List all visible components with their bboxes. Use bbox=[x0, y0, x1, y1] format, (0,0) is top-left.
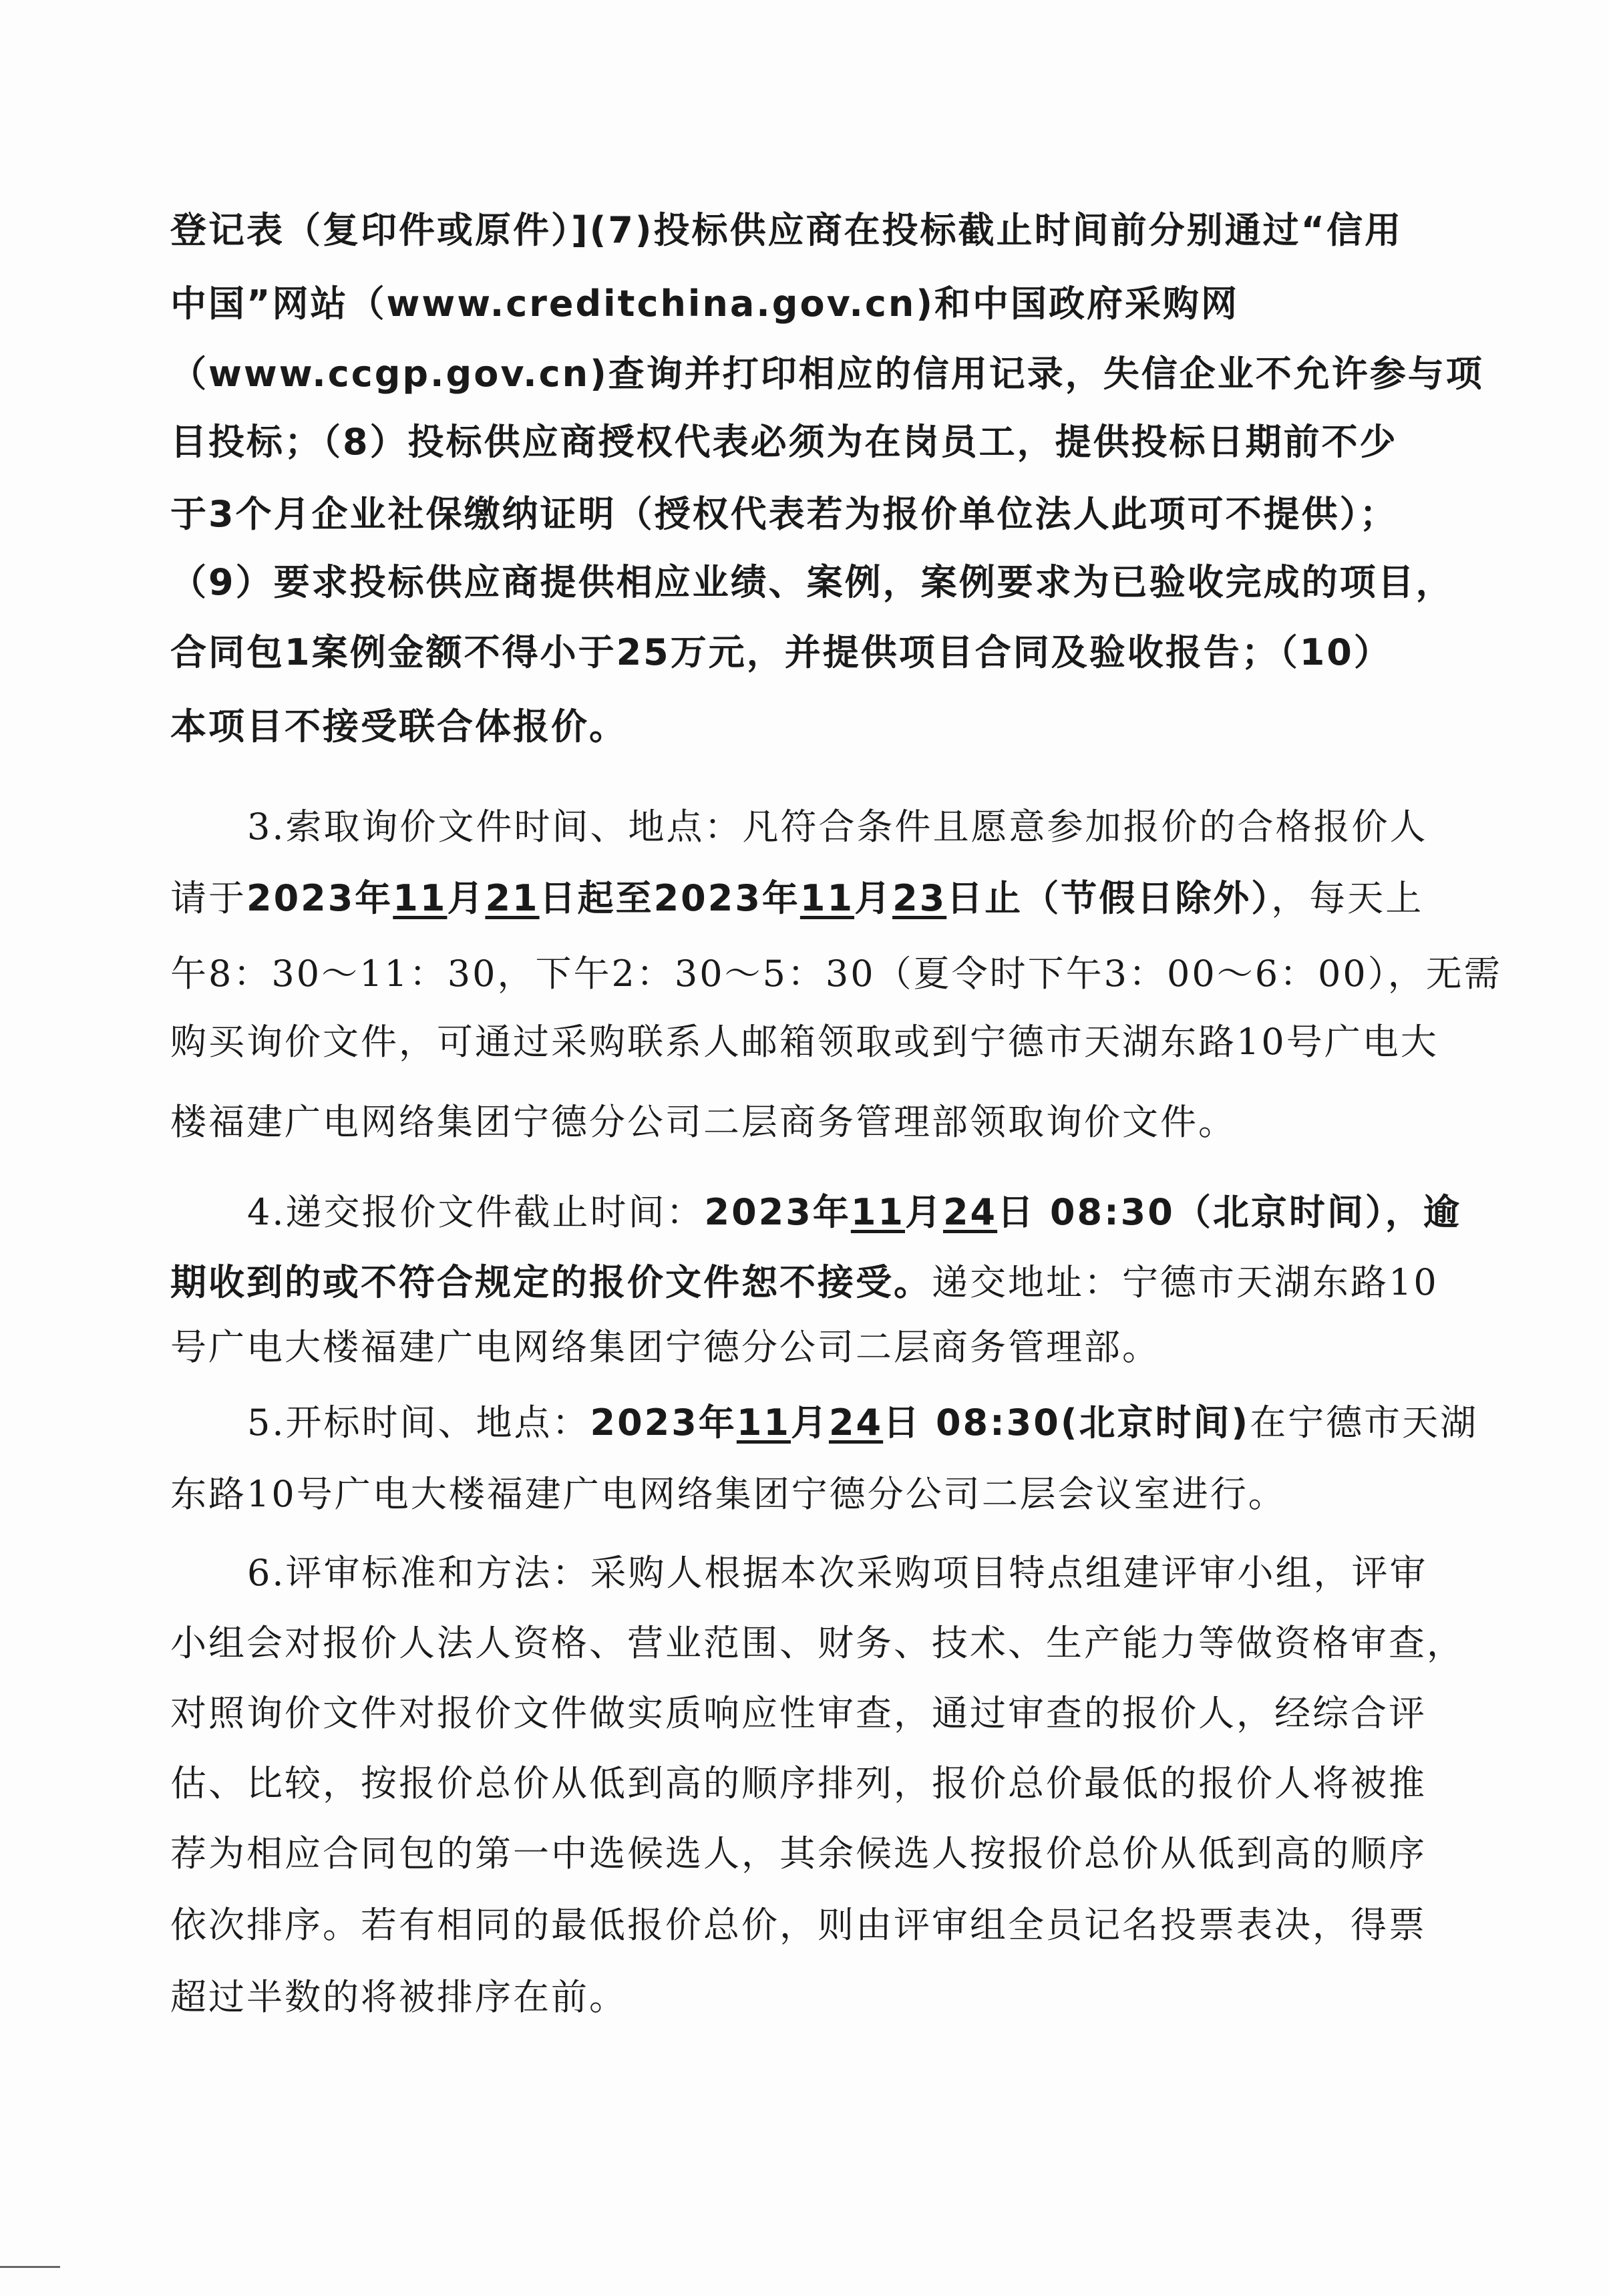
text-segment: （www.ccgp.gov.cn)查询并打印相应的信用记录，失信企业不允许参与项 bbox=[170, 353, 1484, 395]
text-line: 对照询价文件对报价文件做实质响应性审查，通过审查的报价人，经综合评 bbox=[170, 1687, 1459, 1740]
text-line: 合同包1案例金额不得小于25万元，并提供项目合同及验收报告；（10） bbox=[170, 626, 1459, 679]
text-segment: ，每天上 bbox=[1271, 877, 1423, 919]
text-line: （www.ccgp.gov.cn)查询并打印相应的信用记录，失信企业不允许参与项 bbox=[170, 347, 1459, 401]
text-line: 估、比较，按报价总价从低到高的顺序排列，报价总价最低的报价人将被推 bbox=[170, 1757, 1459, 1810]
text-segment: 合同包1案例金额不得小于25万元，并提供项目合同及验收报告；（10） bbox=[170, 631, 1392, 673]
text-line: 东路10号广电大楼福建广电网络集团宁德分公司二层会议室进行。 bbox=[170, 1468, 1459, 1521]
text-segment: 日 08:30（北京时间），逾 bbox=[997, 1191, 1461, 1233]
text-line: 4.递交报价文件截止时间：2023年11月24日 08:30（北京时间），逾 bbox=[247, 1186, 1459, 1239]
text-segment: 购买询价文件，可通过采购联系人邮箱领取或到宁德市天湖东路10号广电大 bbox=[170, 1021, 1439, 1063]
underlined-date-value: 11 bbox=[393, 877, 447, 919]
text-line: 期收到的或不符合规定的报价文件恕不接受。递交地址：宁德市天湖东路10 bbox=[170, 1256, 1459, 1309]
text-segment: 号广电大楼福建广电网络集团宁德分公司二层商务管理部。 bbox=[170, 1326, 1160, 1368]
text-line: 5.开标时间、地点：2023年11月24日 08:30(北京时间)在宁德市天湖 bbox=[247, 1396, 1459, 1450]
text-line: 午8：30～11：30，下午2：30～5：30（夏令时下午3：00～6：00），… bbox=[170, 947, 1459, 1001]
text-segment: 递交地址：宁德市天湖东路10 bbox=[932, 1261, 1439, 1303]
text-segment: 中国”网站（www.creditchina.gov.cn)和中国政府采购网 bbox=[170, 283, 1239, 325]
text-line: 荐为相应合同包的第一中选候选人，其余候选人按报价总价从低到高的顺序 bbox=[170, 1827, 1459, 1880]
underlined-date-value: 11 bbox=[800, 877, 854, 919]
text-segment: 依次排序。若有相同的最低报价总价，则由评审组全员记名投票表决，得票 bbox=[170, 1904, 1427, 1946]
text-line: 中国”网站（www.creditchina.gov.cn)和中国政府采购网 bbox=[170, 277, 1459, 331]
text-line: 购买询价文件，可通过采购联系人邮箱领取或到宁德市天湖东路10号广电大 bbox=[170, 1015, 1459, 1069]
underlined-date-value: 23 bbox=[892, 877, 946, 919]
text-segment: 2023年 bbox=[246, 877, 393, 919]
text-line: 号广电大楼福建广电网络集团宁德分公司二层商务管理部。 bbox=[170, 1321, 1459, 1374]
text-line: 请于2023年11月21日起至2023年11月23日止（节假日除外），每天上 bbox=[170, 872, 1459, 925]
scan-edge-mark bbox=[0, 2266, 60, 2268]
text-segment: 午8：30～11：30，下午2：30～5：30（夏令时下午3：00～6：00），… bbox=[170, 953, 1502, 995]
text-line: 小组会对报价人法人资格、营业范围、财务、技术、生产能力等做资格审查， bbox=[170, 1617, 1459, 1670]
text-segment: 请于 bbox=[170, 877, 246, 919]
text-segment: 月 bbox=[905, 1191, 943, 1233]
text-line: （9）要求投标供应商提供相应业绩、案例，案例要求为已验收完成的项目， bbox=[170, 556, 1459, 609]
underlined-date-value: 11 bbox=[737, 1402, 791, 1444]
text-segment: 月 bbox=[854, 877, 892, 919]
text-segment: 月 bbox=[791, 1402, 829, 1444]
text-line: 6.评审标准和方法：采购人根据本次采购项目特点组建评审小组，评审 bbox=[247, 1546, 1459, 1600]
text-segment: 2023年 bbox=[705, 1191, 851, 1233]
text-segment: 荐为相应合同包的第一中选候选人，其余候选人按报价总价从低到高的顺序 bbox=[170, 1832, 1427, 1874]
text-segment: 于3个月企业社保缴纳证明（授权代表若为报价单位法人此项可不提供）； bbox=[170, 493, 1398, 535]
text-segment: 估、比较，按报价总价从低到高的顺序排列，报价总价最低的报价人将被推 bbox=[170, 1762, 1427, 1804]
text-segment: 4.递交报价文件截止时间： bbox=[247, 1191, 705, 1233]
text-segment: （9）要求投标供应商提供相应业绩、案例，案例要求为已验收完成的项目， bbox=[170, 561, 1454, 603]
text-segment: 日起至2023年 bbox=[540, 877, 800, 919]
text-segment: 目投标；（8）投标供应商授权代表必须为在岗员工，提供投标日期前不少 bbox=[170, 421, 1398, 463]
text-segment: 3.索取询价文件时间、地点：凡符合条件且愿意参加报价的合格报价人 bbox=[247, 806, 1428, 848]
text-segment: 超过半数的将被排序在前。 bbox=[170, 1976, 627, 2018]
underlined-date-value: 11 bbox=[851, 1191, 905, 1233]
text-line: 登记表（复印件或原件）](7)投标供应商在投标截止时间前分别通过“信用 bbox=[170, 204, 1459, 257]
text-segment: 东路10号广电大楼福建广电网络集团宁德分公司二层会议室进行。 bbox=[170, 1473, 1286, 1515]
text-segment: 日止（节假日除外） bbox=[946, 877, 1271, 919]
text-segment: 月 bbox=[447, 877, 485, 919]
text-line: 3.索取询价文件时间、地点：凡符合条件且愿意参加报价的合格报价人 bbox=[247, 800, 1459, 854]
text-segment: 期收到的或不符合规定的报价文件恕不接受。 bbox=[170, 1261, 932, 1303]
text-segment: 2023年 bbox=[590, 1402, 737, 1444]
text-line: 楼福建广电网络集团宁德分公司二层商务管理部领取询价文件。 bbox=[170, 1096, 1459, 1149]
text-segment: 登记表（复印件或原件）](7)投标供应商在投标截止时间前分别通过“信用 bbox=[170, 209, 1403, 251]
text-segment: 对照询价文件对报价文件做实质响应性审查，通过审查的报价人，经综合评 bbox=[170, 1692, 1427, 1734]
text-segment: 楼福建广电网络集团宁德分公司二层商务管理部领取询价文件。 bbox=[170, 1101, 1236, 1143]
text-line: 于3个月企业社保缴纳证明（授权代表若为报价单位法人此项可不提供）； bbox=[170, 488, 1459, 541]
text-line: 依次排序。若有相同的最低报价总价，则由评审组全员记名投票表决，得票 bbox=[170, 1899, 1459, 1952]
text-segment: 6.评审标准和方法：采购人根据本次采购项目特点组建评审小组，评审 bbox=[247, 1552, 1428, 1594]
text-line: 超过半数的将被排序在前。 bbox=[170, 1971, 1459, 2024]
text-segment: 5.开标时间、地点： bbox=[247, 1402, 590, 1444]
text-line: 目投标；（8）投标供应商授权代表必须为在岗员工，提供投标日期前不少 bbox=[170, 416, 1459, 469]
underlined-date-value: 24 bbox=[829, 1402, 883, 1444]
underlined-date-value: 24 bbox=[943, 1191, 997, 1233]
underlined-date-value: 21 bbox=[485, 877, 539, 919]
text-segment: 在宁德市天湖 bbox=[1250, 1402, 1478, 1444]
text-segment: 小组会对报价人法人资格、营业范围、财务、技术、生产能力等做资格审查， bbox=[170, 1622, 1465, 1664]
text-segment: 日 08:30(北京时间) bbox=[883, 1402, 1250, 1444]
document-page: 登记表（复印件或原件）](7)投标供应商在投标截止时间前分别通过“信用中国”网站… bbox=[0, 0, 1609, 2296]
text-line: 本项目不接受联合体报价。 bbox=[170, 700, 1459, 754]
text-segment: 本项目不接受联合体报价。 bbox=[170, 705, 627, 748]
